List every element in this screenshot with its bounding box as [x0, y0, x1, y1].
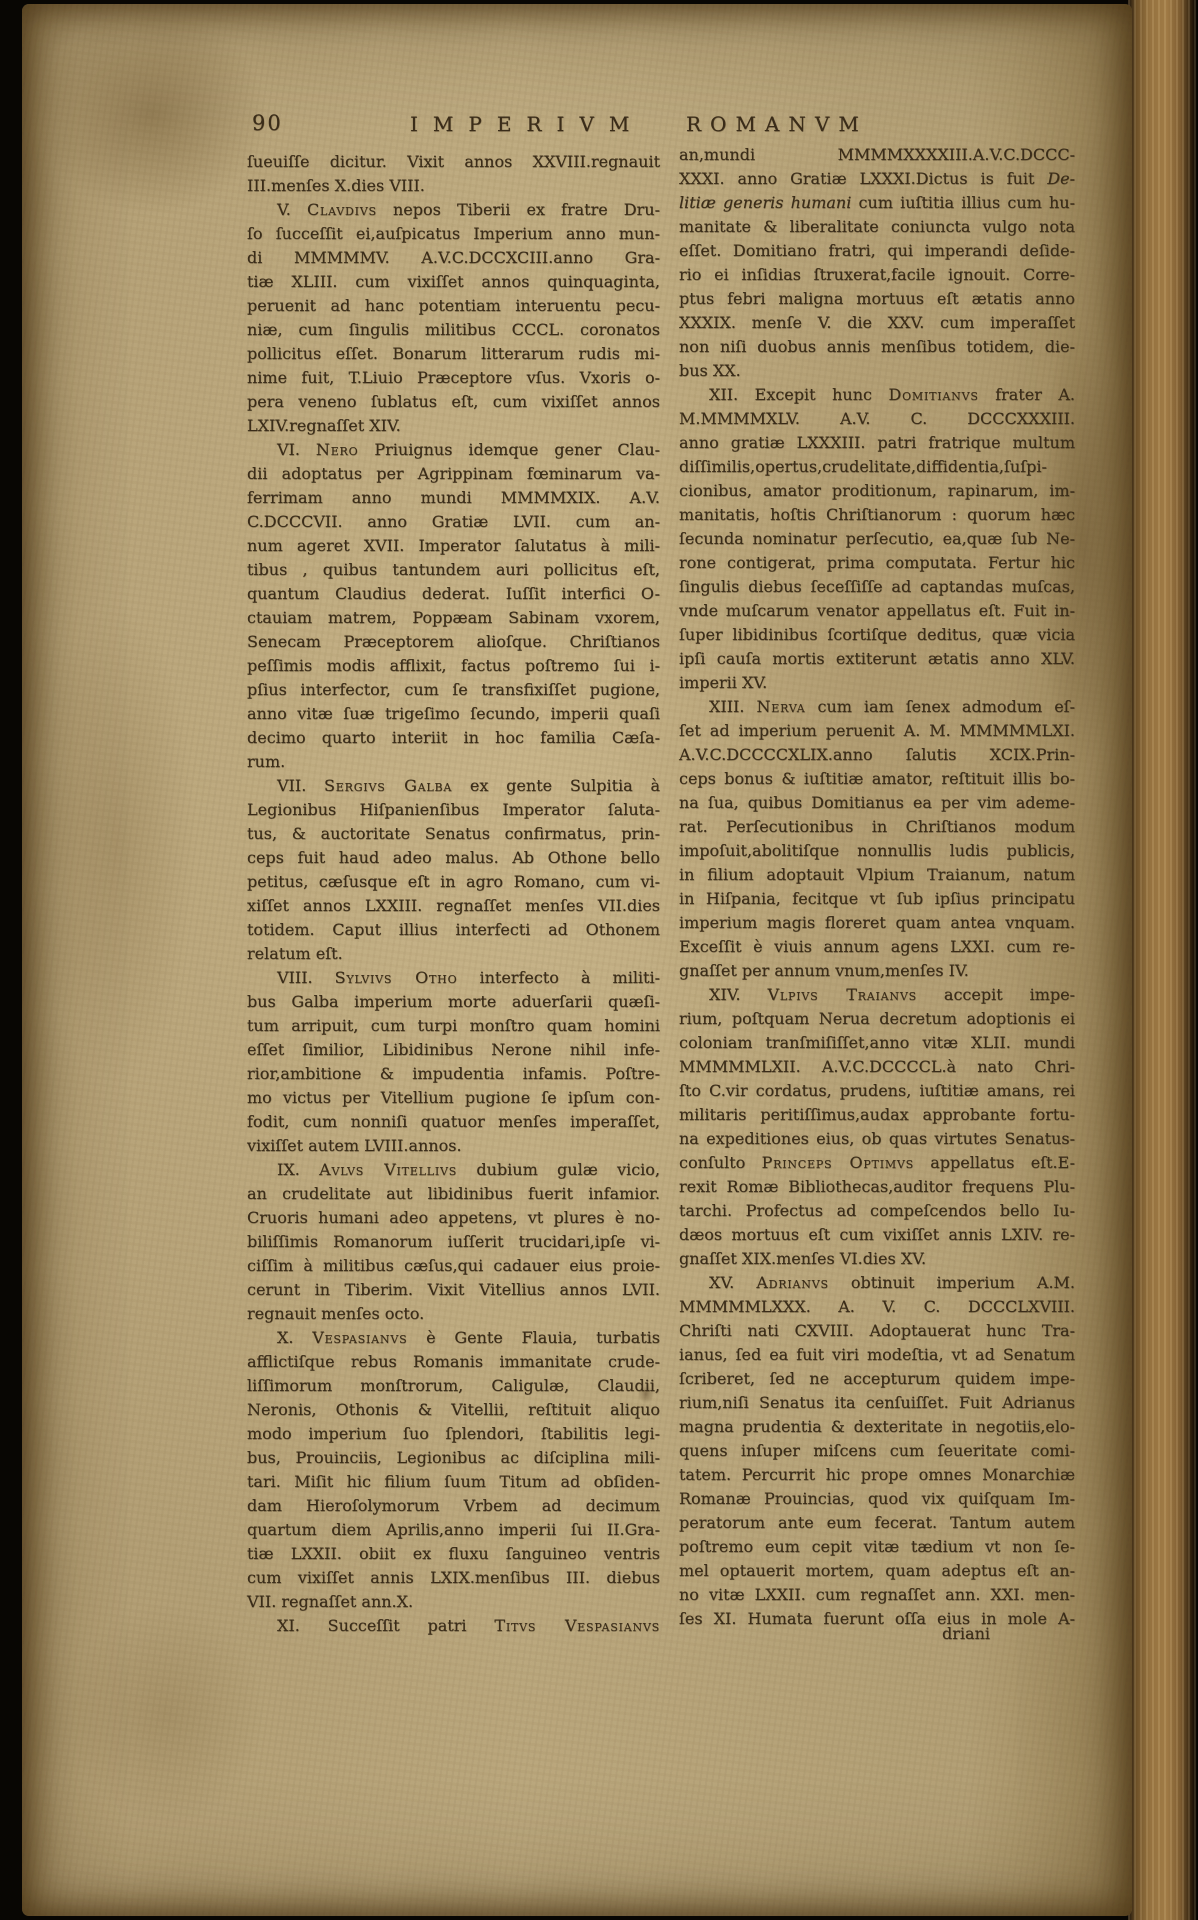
text-line: C.DCCCVII. anno Gratiæ LVII. cum an- — [247, 510, 660, 534]
text-line: rexit Romæ Bibliothecas,auditor frequens… — [679, 1175, 1075, 1199]
text-line: ſecunda nominatur perſecutio, ea,quæ ſub… — [679, 527, 1075, 551]
text-line: biliſſimis Romanorum iuſſerit trucidari,… — [247, 1230, 660, 1254]
text-line: regnauit menſes octo. — [247, 1302, 660, 1326]
text-line: mo victus per Vitellium pugione ſe ipſum… — [247, 1086, 660, 1110]
text-line: bus Galba imperium morte aduerſarii quæſ… — [247, 990, 660, 1014]
text-line: decimo quarto interiit in hoc familia Cæ… — [247, 726, 660, 750]
emperor-name: Nerva — [756, 697, 805, 716]
emperor-name: Clavdivs — [307, 200, 377, 219]
text-line: M.MMMMXLV. A.V. C. DCCCXXXIII. — [679, 407, 1075, 431]
text-line: ſo ſucceſſit ei,auſpicatus Imperium anno… — [247, 222, 660, 246]
text-line: VIII. Sylvivs Otho interfecto à militi- — [247, 966, 660, 990]
left-text-column: ſueuiſſe dicitur. Vixit annos XXVIII.reg… — [247, 150, 660, 1638]
text-line: bus XX. — [679, 359, 1075, 383]
text-line: niæ, cum ſingulis militibus CCCL. corona… — [247, 318, 660, 342]
italic-phrase: litiæ generis humani — [679, 193, 851, 212]
text-line: magna prudentia & dexteritate in negotii… — [679, 1415, 1075, 1439]
text-line: in filium adoptauit Vlpium Traianum, nat… — [679, 863, 1075, 887]
text-line: Cruoris humani adeo appetens, vt plures … — [247, 1206, 660, 1230]
text-line: eſſet ſimilior, Libidinibus Nerone nihil… — [247, 1038, 660, 1062]
text-line: an crudelitate aut libidinibus fuerit in… — [247, 1182, 660, 1206]
text-line: quartum diem Aprilis,anno imperii ſui II… — [247, 1518, 660, 1542]
text-line: petitus, cæſusque eſt in agro Romano, cu… — [247, 870, 660, 894]
text-line: XV. Adrianvs obtinuit imperium A.M. — [679, 1271, 1075, 1295]
text-line: cum vixiſſet annis LXIX.menſibus III. di… — [247, 1566, 660, 1590]
text-line: XII. Excepit hunc Domitianvs frater A. — [679, 383, 1075, 407]
text-line: pſius interfector, cum ſe transfixiſſet … — [247, 678, 660, 702]
text-line: bus, Prouinciis, Legionibus ac diſciplin… — [247, 1446, 660, 1470]
text-line: gnaſſet XIX.menſes VI.dies XV. — [679, 1247, 1075, 1271]
right-text-column: an,mundi MMMMXXXXIII.A.V.C.DCCC-XXXI. an… — [679, 143, 1075, 1631]
text-line: ptus febri maligna mortuus eſt ætatis an… — [679, 287, 1075, 311]
text-line: VII. Sergivs Galba ex gente Sulpitia à — [247, 774, 660, 798]
text-line: ceps bonus & iuſtitiæ amator, reſtituit … — [679, 767, 1075, 791]
text-line: ſto C.vir cordatus, prudens, iuſtitiæ am… — [679, 1079, 1075, 1103]
emperor-name: Princeps Optimvs — [762, 1153, 914, 1172]
text-line: XIV. Vlpivs Traianvs accepit impe- — [679, 983, 1075, 1007]
text-line: tiæ LXXII. obiit ex fluxu ſanguineo vent… — [247, 1542, 660, 1566]
text-line: tarchi. Profectus ad compeſcendos bello … — [679, 1199, 1075, 1223]
text-line: pollicitus eſſet. Bonarum litterarum rud… — [247, 342, 660, 366]
text-line: III.menſes X.dies VIII. — [247, 174, 660, 198]
text-line: ceps fuit haud adeo malus. Ab Othone bel… — [247, 846, 660, 870]
text-line: XIII. Nerva cum iam ſenex admodum eſ- — [679, 695, 1075, 719]
text-line: imperii XV. — [679, 671, 1075, 695]
text-line: ianus, ſed ea fuit viri modeſtia, vt ad … — [679, 1343, 1075, 1367]
text-line: totidem. Caput illius interfecti ad Otho… — [247, 918, 660, 942]
text-line: IX. Avlvs Vitellivs dubium gulæ vicio, — [247, 1158, 660, 1182]
text-line: MMMMMLXII. A.V.C.DCCCCL.à nato Chri- — [679, 1055, 1075, 1079]
text-line: vixiſſet autem LVIII.annos. — [247, 1134, 660, 1158]
text-line: anno gratiæ LXXXIII. patri fratrique mul… — [679, 431, 1075, 455]
text-line: Legionibus Hiſpanienſibus Imperator ſalu… — [247, 798, 660, 822]
text-line: an,mundi MMMMXXXXIII.A.V.C.DCCC- — [679, 143, 1075, 167]
text-line: rio ei inſidias ſtruxerat,facile ignouit… — [679, 263, 1075, 287]
text-line: modo imperium ſuo ſplendori, ſtabilitis … — [247, 1422, 660, 1446]
text-line: gnaſſet per annum vnum,menſes IV. — [679, 959, 1075, 983]
text-line: ſingulis diebus ſeceſſiſſe ad captandas … — [679, 575, 1075, 599]
text-line: anno vitæ ſuæ trigeſimo ſecundo, imperii… — [247, 702, 660, 726]
catchword: driani — [679, 1624, 1075, 1643]
emperor-name: Avlvs Vitellivs — [319, 1160, 457, 1179]
text-line: tari. Miſit hic filium ſuum Titum ad obſ… — [247, 1470, 660, 1494]
emperor-name: Nero — [316, 440, 359, 459]
text-line: cionibus, amator proditionum, rapinarum,… — [679, 479, 1075, 503]
text-line: manitatis, hoſtis Chriſtianorum : quorum… — [679, 503, 1075, 527]
text-line: Neronis, Othonis & Vitellii, reſtituit a… — [247, 1398, 660, 1422]
text-line: ſueuiſſe dicitur. Vixit annos XXVIII.reg… — [247, 150, 660, 174]
text-line: no vitæ LXXII. cum regnaſſet ann. XXI. m… — [679, 1583, 1075, 1607]
book-page: 90 IMPERIVM ROMANVM ſueuiſſe dicitur. Vi… — [22, 4, 1132, 1916]
text-line: MMMMMLXXX. A. V. C. DCCCLXVIII. — [679, 1295, 1075, 1319]
emperor-name: Titvs Vespasianvs — [494, 1616, 660, 1635]
text-line: non niſi duobus annis menſibus totidem, … — [679, 335, 1075, 359]
text-line: VII. regnaſſet ann.X. — [247, 1590, 660, 1614]
text-line: liſſimorum monſtrorum, Caligulæ, Claudii… — [247, 1374, 660, 1398]
text-line: tum arripuit, cum turpi monſtro quam hom… — [247, 1014, 660, 1038]
italic-phrase: De- — [1047, 169, 1075, 188]
emperor-name: Sergivs Galba — [324, 776, 452, 795]
page-number: 90 — [252, 111, 283, 135]
text-line: cerunt in Tiberim. Vixit Vitellius annos… — [247, 1278, 660, 1302]
text-line: XI. Succeſſit patri Titvs Vespasianvs — [247, 1614, 660, 1638]
text-line: X. Vespasianvs è Gente Flauia, turbatis — [247, 1326, 660, 1350]
text-line: in Hiſpania, fecitque vt ſub ipſius prin… — [679, 887, 1075, 911]
emperor-name: Adrianvs — [756, 1273, 828, 1292]
emperor-name: Sylvivs Otho — [335, 968, 458, 987]
text-line: conſulto Princeps Optimvs appellatus eſt… — [679, 1151, 1075, 1175]
text-line: V. Clavdivs nepos Tiberii ex fratre Dru- — [247, 198, 660, 222]
text-line: LXIV.regnaſſet XIV. — [247, 414, 660, 438]
text-line: Senecam Præceptorem alioſque. Chriſtiano… — [247, 630, 660, 654]
text-line: A.V.C.DCCCCXLIX.anno ſalutis XCIX.Prin- — [679, 743, 1075, 767]
text-line: eſſet. Domitiano fratri, qui imperandi d… — [679, 239, 1075, 263]
text-line: relatum eſt. — [247, 942, 660, 966]
text-line: XXXIX. menſe V. die XXV. cum imperaſſet — [679, 311, 1075, 335]
text-line: nime fuit, T.Liuio Præceptore vſus. Vxor… — [247, 366, 660, 390]
text-line: tiæ XLIII. cum vixiſſet annos quinquagin… — [247, 270, 660, 294]
text-line: coloniam tranſmiſiſſet,anno vitæ XLII. m… — [679, 1031, 1075, 1055]
text-line: ctauiam matrem, Poppæam Sabinam vxorem, — [247, 606, 660, 630]
text-line: na expeditiones eius, ob quas virtutes S… — [679, 1127, 1075, 1151]
text-line: Romanæ Prouincias, quod vix quiſquam Im- — [679, 1487, 1075, 1511]
text-line: VI. Nero Priuignus idemque gener Clau- — [247, 438, 660, 462]
text-line: peruenit ad hanc potentiam interuentu pe… — [247, 294, 660, 318]
text-line: num ageret XVII. Imperator ſalutatus à m… — [247, 534, 660, 558]
text-line: rium,niſi Senatus ita cenſuiſſet. Fuit A… — [679, 1391, 1075, 1415]
emperor-name: Domitianvs — [888, 385, 978, 404]
text-line: dam Hieroſolymorum Vrbem ad decimum — [247, 1494, 660, 1518]
text-line: Exceſſit è viuis annum agens LXXI. cum r… — [679, 935, 1075, 959]
text-line: ferrimam anno mundi MMMMXIX. A.V. — [247, 486, 660, 510]
text-line: quens inſuper miſcens cum ſeueritate com… — [679, 1439, 1075, 1463]
text-line: tus, & auctoritate Senatus confirmatus, … — [247, 822, 660, 846]
text-line: impoſuit,abolitiſque nonnullis ludis pub… — [679, 839, 1075, 863]
text-line: ſcriberet, ſed ne accepturum quidem impe… — [679, 1367, 1075, 1391]
paper-stain — [12, 524, 222, 1164]
text-line: rat. Perſecutionibus in Chriſtianos modu… — [679, 815, 1075, 839]
text-line: diſſimilis,opertus,crudelitate,diffident… — [679, 455, 1075, 479]
text-line: fodit, cum nonniſi quatuor menſes impera… — [247, 1110, 660, 1134]
text-line: pera veneno ſublatus eſt, cum vixiſſet a… — [247, 390, 660, 414]
text-line: manitate & liberalitate coniuncta vulgo … — [679, 215, 1075, 239]
text-line: rium, poſtquam Nerua decretum adoptionis… — [679, 1007, 1075, 1031]
text-line: afflictiſque rebus Romanis immanitate cr… — [247, 1350, 660, 1374]
text-line: ſuper libidinibus ſcortiſque deditus, qu… — [679, 623, 1075, 647]
text-line: imperium magis floreret quam antea vnqua… — [679, 911, 1075, 935]
text-line: rone contigerat, prima computata. Fertur… — [679, 551, 1075, 575]
book-page-edges — [1128, 0, 1198, 1920]
text-line: militaris peritiſſimus,audax approbante … — [679, 1103, 1075, 1127]
emperor-name: Vespasianvs — [312, 1328, 407, 1347]
text-line: peratorum ante eum fecerat. Tantum autem — [679, 1511, 1075, 1535]
text-line: rum. — [247, 750, 660, 774]
text-line: quantum Claudius dederat. Iuſſit interfi… — [247, 582, 660, 606]
running-header-imperium: IMPERIVM — [410, 112, 644, 136]
text-line: dii adoptatus per Agrippinam fœminarum v… — [247, 462, 660, 486]
text-line: ſet ad imperium peruenit A. M. MMMMMLXI. — [679, 719, 1075, 743]
emperor-name: Vlpivs Traianvs — [768, 985, 917, 1004]
text-line: dæos mortuus eſt cum vixiſſet annis LXIV… — [679, 1223, 1075, 1247]
text-line: litiæ generis humani cum iuſtitia illius… — [679, 191, 1075, 215]
text-line: peſſimis modis afflixit, factus poſtremo… — [247, 654, 660, 678]
text-line: Chriſti nati CXVIII. Adoptauerat hunc Tr… — [679, 1319, 1075, 1343]
text-line: ipſi cauſa mortis extiterunt ætatis anno… — [679, 647, 1075, 671]
text-line: ciſſim à militibus cæſus,qui cadauer eiu… — [247, 1254, 660, 1278]
text-line: di MMMMMV. A.V.C.DCCXCIII.anno Gra- — [247, 246, 660, 270]
text-line: tibus , quibus tantundem auri pollicitus… — [247, 558, 660, 582]
text-line: poſtremo eum cepit vitæ tædium vt non ſe… — [679, 1535, 1075, 1559]
text-line: mel optauerit mortem, quam adeptus eſt a… — [679, 1559, 1075, 1583]
text-line: rior,ambitione & impudentia infamis. Poſ… — [247, 1062, 660, 1086]
text-line: XXXI. anno Gratiæ LXXXI.Dictus is fuit D… — [679, 167, 1075, 191]
text-line: vnde muſcarum venator appellatus eſt. Fu… — [679, 599, 1075, 623]
text-line: tatem. Percurrit hic prope omnes Monarch… — [679, 1463, 1075, 1487]
text-line: xiſſet annos LXXIII. regnaſſet menſes VI… — [247, 894, 660, 918]
text-line: na ſua, quibus Domitianus ea per vim ade… — [679, 791, 1075, 815]
running-header-romanum: ROMANVM — [686, 112, 868, 136]
